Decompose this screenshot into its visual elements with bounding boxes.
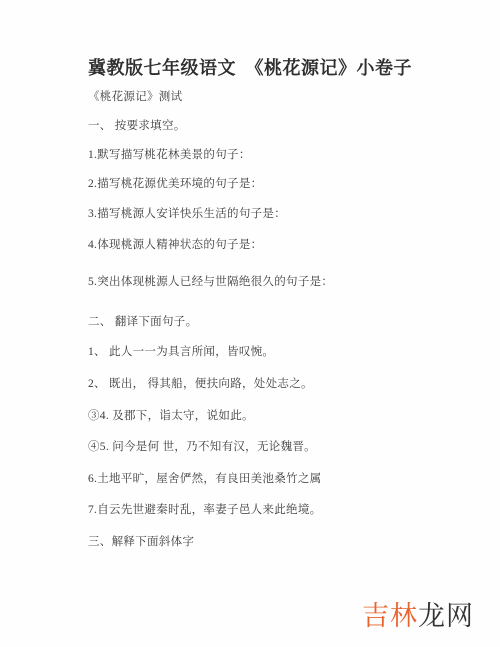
question-1-line: 1.默写描写桃花林美景的句子： [88,146,251,162]
translation-6-line: 7.自云先世避秦时乱，率妻子邑人来此绝境。 [88,501,321,517]
question-5-line: 5.突出体现桃源人已经与世隔绝很久的句子是： [88,273,333,289]
section-three-heading: 三、解释下面斜体字 [88,533,194,549]
translation-4-line: ④5. 问今是何 世，乃不知有汉，无论魏晋。 [88,438,316,454]
question-4-line: 4.体现桃源人精神状态的句子是： [88,236,262,252]
site-watermark: 吉林龙网 [362,594,474,633]
page-subtitle: 《桃花源记》测试 [88,88,182,104]
translation-2-line: 2、 既出， 得其船，便扶向路，处处志之。 [88,375,313,391]
question-2-line: 2.描写桃花源优美环境的句子是： [88,175,262,191]
translation-3-line: ③4. 及郡下，诣太守，说如此。 [88,407,254,423]
watermark-prefix: 吉林 [362,601,418,631]
watermark-suffix: 龙网 [418,601,474,631]
document-page: 冀教版七年级语文 《桃花源记》小卷子 《桃花源记》测试 一、 按要求填空。 1.… [0,0,500,647]
translation-1-line: 1、 此人一一为具言所闻，皆叹惋。 [88,343,274,359]
question-3-line: 3.描写桃源人安详快乐生活的句子是： [88,205,286,221]
section-one-heading: 一、 按要求填空。 [88,117,186,133]
page-title: 冀教版七年级语文 《桃花源记》小卷子 [0,54,500,80]
section-two-heading: 二、 翻译下面句子。 [88,313,197,329]
translation-5-line: 6.土地平旷，屋舍俨然，有良田美池桑竹之属 [88,470,321,486]
